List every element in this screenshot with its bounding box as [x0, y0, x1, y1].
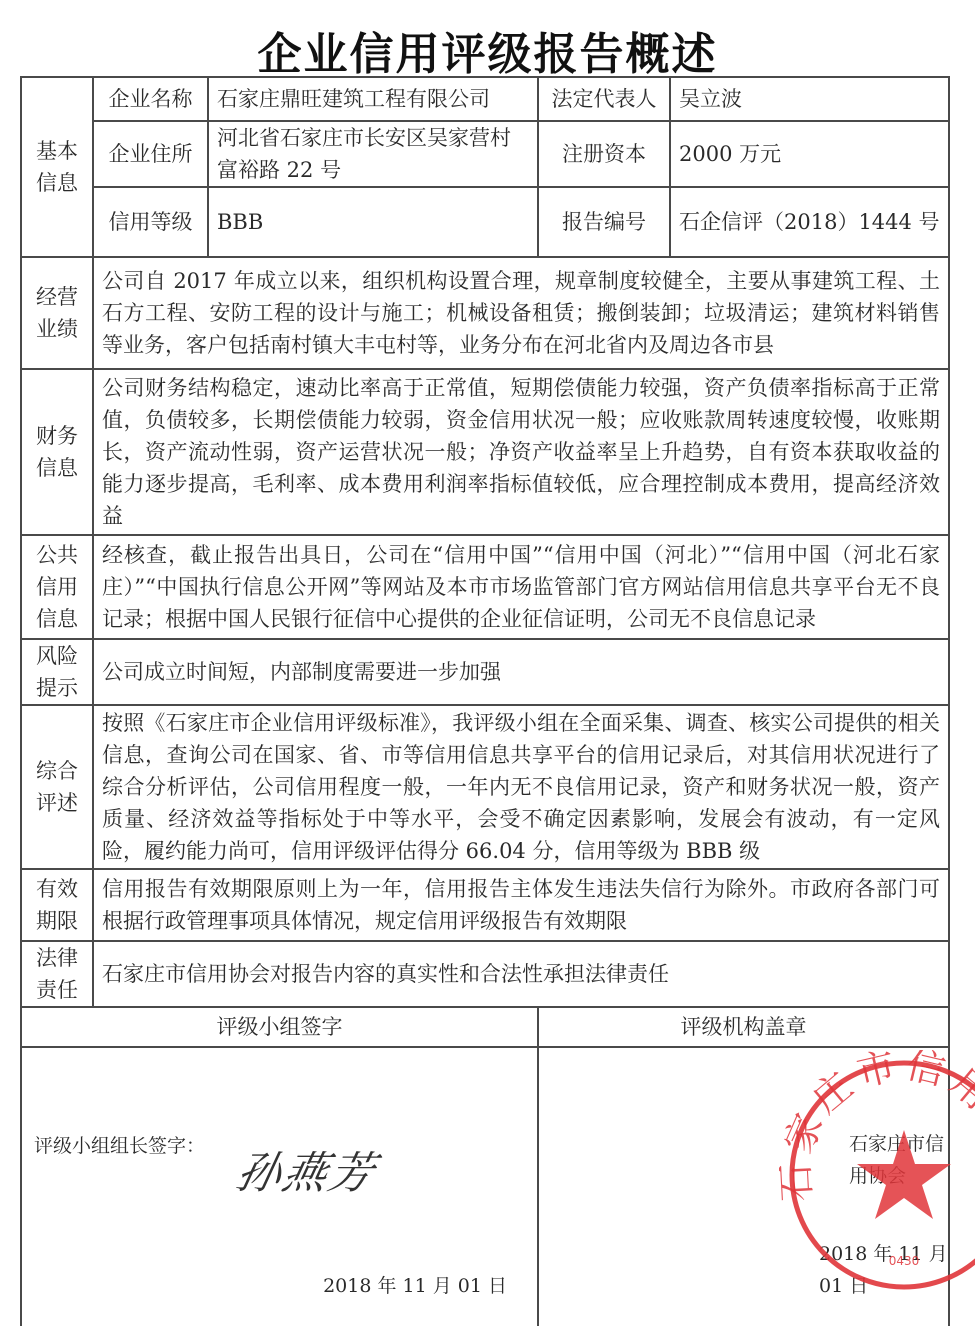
section-text-finance: 公司财务结构稳定，速动比率高于正常值，短期偿债能力较强，资产负债率指标高于正常值…	[93, 369, 949, 535]
org-seal-cell: 石家庄市信用协会 2018 年 11 月 01 日 石家庄市信用协会 0430	[538, 1047, 949, 1326]
team-signature-date: 2018 年 11 月 01 日	[323, 1270, 507, 1302]
label-address: 企业住所	[93, 121, 208, 187]
section-text-public-credit: 经核查，截止报告出具日，公司在“信用中国”“信用中国（河北）”“信用中国（河北石…	[93, 535, 949, 639]
section-text-business: 公司自 2017 年成立以来，组织机构设置合理，规章制度较健全，主要从事建筑工程…	[93, 257, 949, 369]
svg-text:石家庄市信用协会: 石家庄市信用协会	[779, 1050, 975, 1203]
value-legal-rep: 吴立波	[670, 77, 949, 121]
page-title: 企业信用评级报告概述	[0, 18, 975, 82]
value-report-no: 石企信评（2018）1444 号	[670, 187, 949, 257]
section-text-risk: 公司成立时间短，内部制度需要进一步加强	[93, 639, 949, 705]
section-label-legal: 法律 责任	[21, 941, 93, 1007]
section-label-basic: 基本 信息	[21, 77, 93, 257]
stamp-serial: 0430	[889, 1254, 920, 1268]
label-legal-rep: 法定代表人	[538, 77, 670, 121]
value-reg-capital: 2000 万元	[670, 121, 949, 187]
label-company-name: 企业名称	[93, 77, 208, 121]
section-text-validity: 信用报告有效期限原则上为一年，信用报告主体发生违法失信行为除外。市政府各部门可根…	[93, 869, 949, 941]
team-signature-cell: 评级小组组长签字： 孙燕芳 2018 年 11 月 01 日	[21, 1047, 538, 1326]
handwritten-signature: 孙燕芳	[234, 1158, 379, 1190]
header-team-signature: 评级小组签字	[21, 1007, 538, 1047]
header-org-seal: 评级机构盖章	[538, 1007, 949, 1047]
leader-signature-label: 评级小组组长签字：	[34, 1130, 205, 1162]
section-label-finance: 财务 信息	[21, 369, 93, 535]
official-seal-icon: 石家庄市信用协会 0430	[779, 1050, 975, 1300]
section-label-public-credit: 公共 信用 信息	[21, 535, 93, 639]
value-address: 河北省石家庄市长安区吴家营村富裕路 22 号	[208, 121, 538, 187]
section-text-legal: 石家庄市信用协会对报告内容的真实性和合法性承担法律责任	[93, 941, 949, 1007]
label-reg-capital: 注册资本	[538, 121, 670, 187]
section-label-summary: 综合 评述	[21, 705, 93, 869]
section-label-business: 经营 业绩	[21, 257, 93, 369]
label-credit-grade: 信用等级	[93, 187, 208, 257]
value-company-name: 石家庄鼎旺建筑工程有限公司	[208, 77, 538, 121]
label-report-no: 报告编号	[538, 187, 670, 257]
value-credit-grade: BBB	[208, 187, 538, 257]
section-label-validity: 有效 期限	[21, 869, 93, 941]
section-text-summary: 按照《石家庄市企业信用评级标准》，我评级小组在全面采集、调查、核实公司提供的相关…	[93, 705, 949, 869]
report-table: 基本 信息 企业名称 石家庄鼎旺建筑工程有限公司 法定代表人 吴立波 企业住所 …	[20, 76, 950, 1326]
section-label-risk: 风险 提示	[21, 639, 93, 705]
